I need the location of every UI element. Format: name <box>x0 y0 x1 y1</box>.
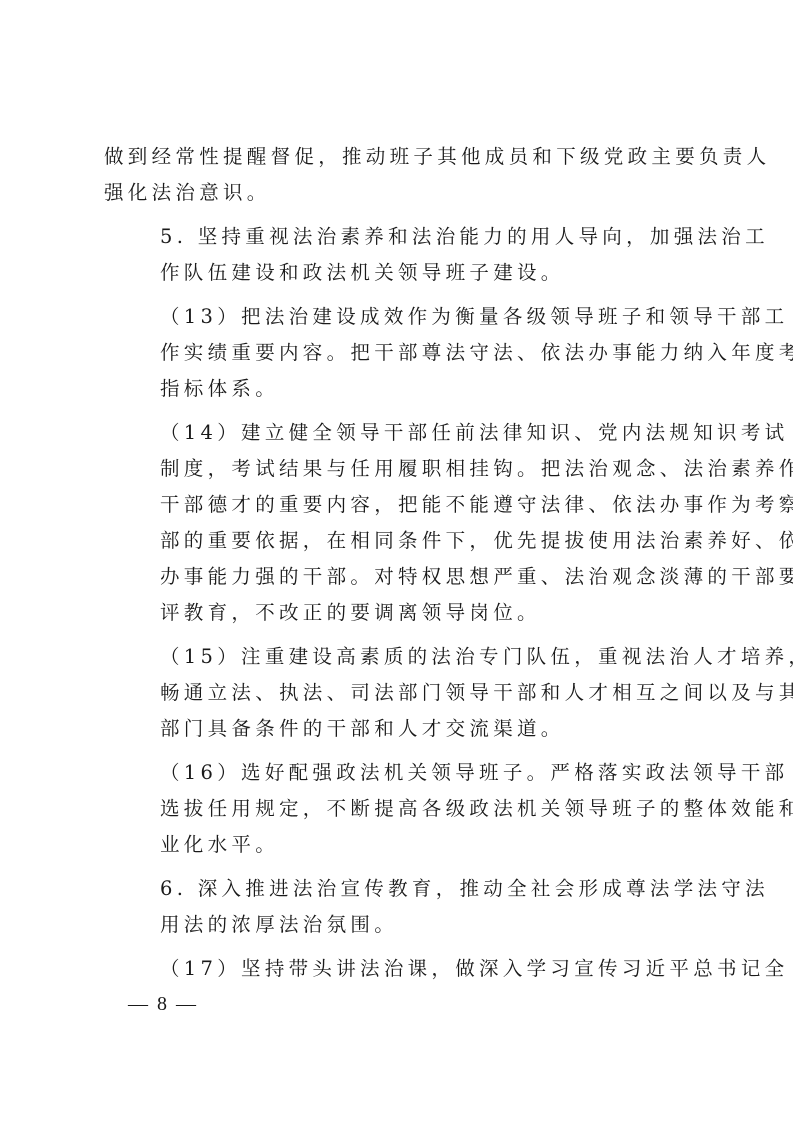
text-line: 办事能力强的干部。对特权思想严重、法治观念淡薄的干部要批 <box>104 559 694 595</box>
text-line: 部的重要依据，在相同条件下，优先提拔使用法治素养好、依法 <box>104 523 694 559</box>
text-line: （14）建立健全领导干部任前法律知识、党内法规知识考试 <box>104 415 694 451</box>
text-line: 干部德才的重要内容，把能不能遵守法律、依法办事作为考察干 <box>104 487 694 523</box>
text-line: 业化水平。 <box>104 827 694 863</box>
paragraph-section-5: 5. 坚持重视法治素养和法治能力的用人导向，加强法治工 作队伍建设和政法机关领导… <box>104 219 694 291</box>
paragraph-section-6: 6. 深入推进法治宣传教育，推动全社会形成尊法学法守法 用法的浓厚法治氛围。 <box>104 871 694 943</box>
document-body: 做到经常性提醒督促，推动班子其他成员和下级党政主要负责人 强化法治意识。 5. … <box>104 139 694 995</box>
text-line: 强化法治意识。 <box>104 175 694 211</box>
text-line: 作队伍建设和政法机关领导班子建设。 <box>104 255 694 291</box>
paragraph-item-15: （15）注重建设高素质的法治专门队伍，重视法治人才培养， 畅通立法、执法、司法部… <box>104 639 694 747</box>
text-line: 部门具备条件的干部和人才交流渠道。 <box>104 711 694 747</box>
text-line: （15）注重建设高素质的法治专门队伍，重视法治人才培养， <box>104 639 694 675</box>
text-line: 用法的浓厚法治氛围。 <box>104 907 694 943</box>
page-number: — 8 — <box>128 993 198 1016</box>
text-line: 做到经常性提醒督促，推动班子其他成员和下级党政主要负责人 <box>104 139 694 175</box>
text-line: 评教育，不改正的要调离领导岗位。 <box>104 595 694 631</box>
text-line: 6. 深入推进法治宣传教育，推动全社会形成尊法学法守法 <box>104 871 694 907</box>
document-page: 做到经常性提醒督促，推动班子其他成员和下级党政主要负责人 强化法治意识。 5. … <box>0 0 793 1122</box>
paragraph-continuation: 做到经常性提醒督促，推动班子其他成员和下级党政主要负责人 强化法治意识。 <box>104 139 694 211</box>
text-line: 5. 坚持重视法治素养和法治能力的用人导向，加强法治工 <box>104 219 694 255</box>
text-line: 作实绩重要内容。把干部尊法守法、依法办事能力纳入年度考核 <box>104 335 694 371</box>
text-line: （13）把法治建设成效作为衡量各级领导班子和领导干部工 <box>104 299 694 335</box>
text-line: 制度，考试结果与任用履职相挂钩。把法治观念、法治素养作为 <box>104 451 694 487</box>
paragraph-item-13: （13）把法治建设成效作为衡量各级领导班子和领导干部工 作实绩重要内容。把干部尊… <box>104 299 694 407</box>
text-line: （16）选好配强政法机关领导班子。严格落实政法领导干部 <box>104 755 694 791</box>
text-line: 指标体系。 <box>104 371 694 407</box>
text-line: 选拔任用规定，不断提高各级政法机关领导班子的整体效能和专 <box>104 791 694 827</box>
paragraph-item-17: （17）坚持带头讲法治课，做深入学习宣传习近平总书记全 <box>104 951 694 987</box>
text-line: （17）坚持带头讲法治课，做深入学习宣传习近平总书记全 <box>104 951 694 987</box>
paragraph-item-14: （14）建立健全领导干部任前法律知识、党内法规知识考试 制度，考试结果与任用履职… <box>104 415 694 631</box>
paragraph-item-16: （16）选好配强政法机关领导班子。严格落实政法领导干部 选拔任用规定，不断提高各… <box>104 755 694 863</box>
text-line: 畅通立法、执法、司法部门领导干部和人才相互之间以及与其他 <box>104 675 694 711</box>
